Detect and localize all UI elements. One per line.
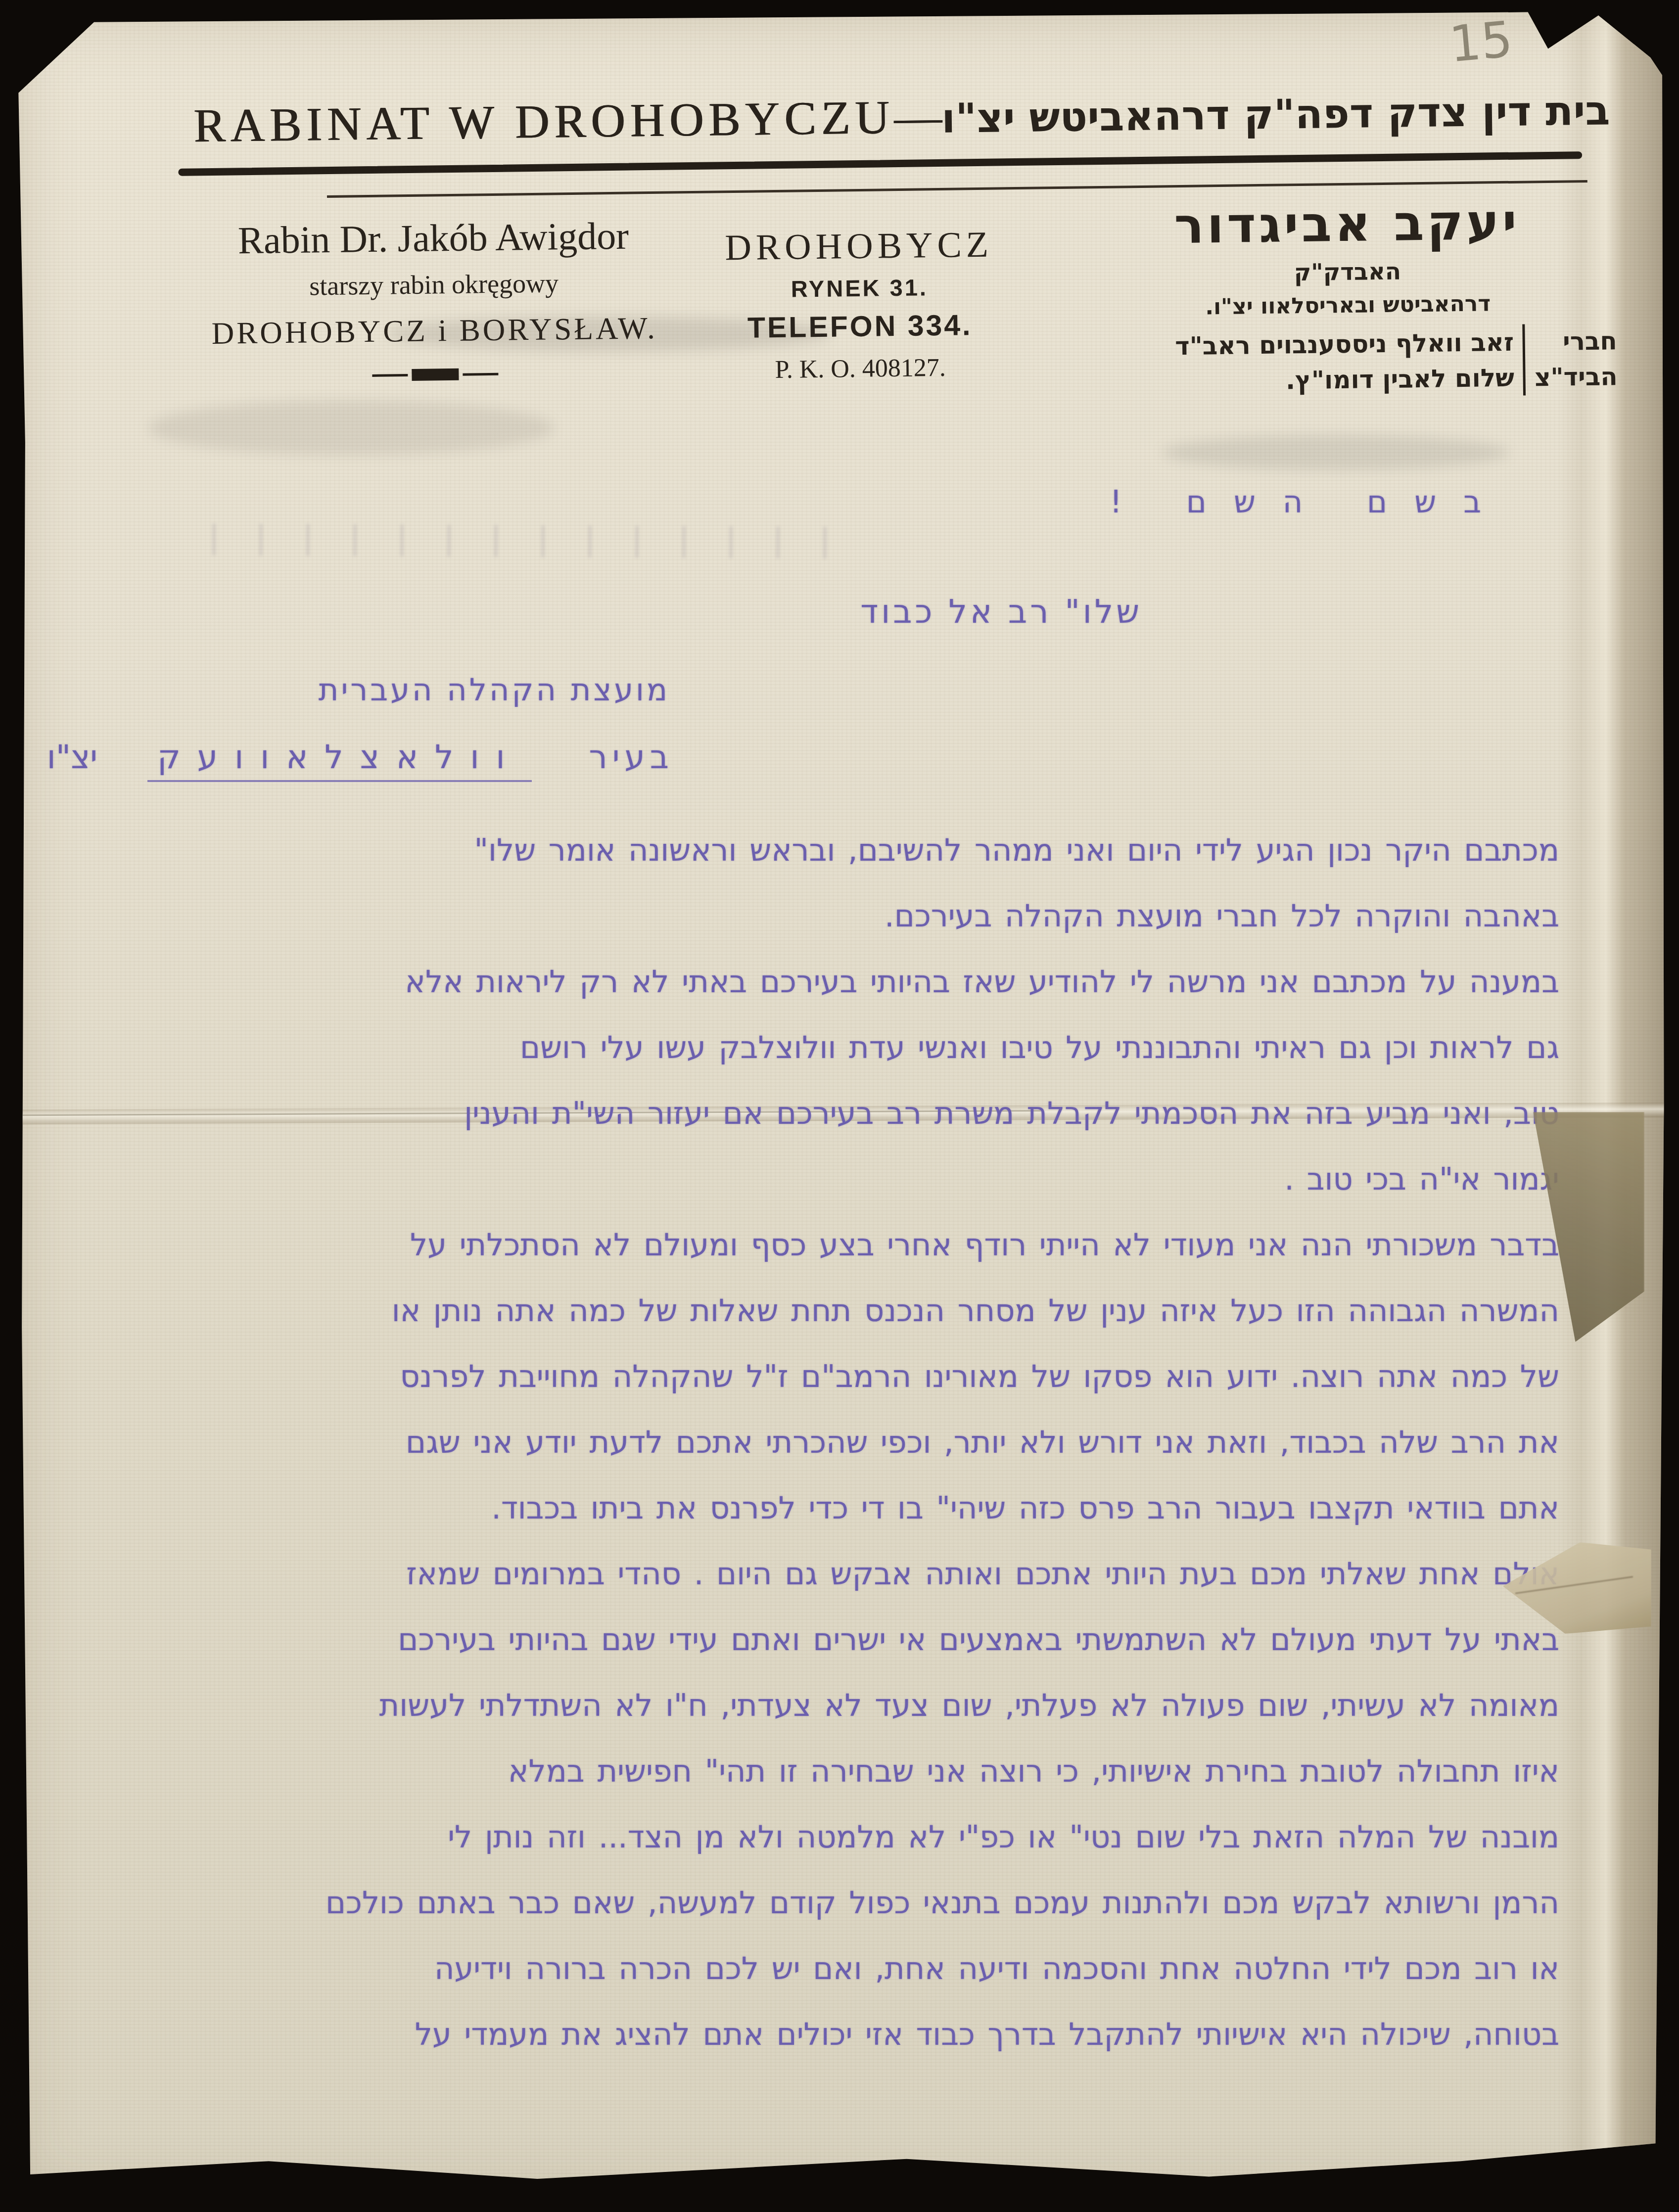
city-line: בעיר וולאצלאוועק יצ"ו bbox=[47, 738, 674, 776]
addressee-line: מועצת הקהלה העברית bbox=[319, 672, 670, 708]
typed-line: גם לראות וכן גם ראיתי והתבוננתי על טיבו … bbox=[58, 1014, 1559, 1080]
typed-line: אתם בוודאי תקצבו בעבור הרב פרס כזה שיהי"… bbox=[58, 1475, 1559, 1541]
typed-line: בטוחה, שיכולה היא אישיותי להתקבל בדרך כב… bbox=[58, 2001, 1559, 2067]
city-prefix: בעיר bbox=[589, 738, 674, 776]
typed-line: המשרה הגבוהה הזו כעל איזה ענין של מסחר ה… bbox=[58, 1278, 1559, 1343]
typed-line: מאומה לא עשיתי, שום פעולה לא פעלתי, שום … bbox=[58, 1672, 1559, 1738]
typed-line: במענה על מכתבם אני מרשה לי להודיע שאז בה… bbox=[58, 949, 1559, 1014]
typed-line: אולם אחת שאלתי מכם בעת היותי אתכם ואותה … bbox=[58, 1541, 1559, 1607]
typed-line: טוב, ואני מביע בזה את הסכמתי לקבלת משרת … bbox=[58, 1080, 1559, 1146]
invocation-line: בשם השם ! bbox=[1110, 484, 1508, 520]
typed-line: מובנה של המלה הזאת בלי שום נטי" או כפ"י … bbox=[58, 1804, 1559, 1870]
typed-line: של כמה אתה רוצה. ידוע הוא פסקו של מאורינ… bbox=[58, 1343, 1559, 1409]
typed-line: באתי על דעתי מעולם לא השתמשתי באמצעים אי… bbox=[58, 1607, 1559, 1672]
city-suffix: יצ"ו bbox=[47, 738, 97, 776]
typed-line: את הרב שלה בכבוד, וזאת אני דורש ולא יותר… bbox=[58, 1409, 1559, 1475]
salutation-line: שלו" רב אל כבוד bbox=[860, 593, 1142, 631]
typed-line: או רוב מכם לידי החלטה אחת והסכמה ודיעה א… bbox=[58, 1935, 1559, 2001]
typewritten-letter: בשם השם ! שלו" רב אל כבוד מועצת הקהלה הע… bbox=[0, 0, 1679, 2212]
typed-line: באהבה והוקרה לכל חברי מועצת הקהלה בעירכם… bbox=[58, 883, 1559, 949]
city-name-underlined: וולאצלאוועק bbox=[147, 738, 531, 782]
letter-body: מכתבם היקר נכון הגיע לידי היום ואני ממהר… bbox=[58, 817, 1559, 2067]
typed-line: איזו תחבולה לטובת בחירת אישיותי, כי רוצה… bbox=[58, 1738, 1559, 1804]
typed-line: הרמן ורשותא לבקש מכם ולהתנות עמכם בתנאי … bbox=[58, 1870, 1559, 1935]
paper-sheet: RABINAT W DROHOBYCZU — בית דין צדק דפה"ק… bbox=[0, 0, 1679, 2212]
typed-line: יגמור אי"ה בכי טוב . bbox=[58, 1146, 1559, 1212]
typed-line: בדבר משכורתי הנה אני מעודי לא הייתי רודף… bbox=[58, 1212, 1559, 1278]
scanned-letter-page: RABINAT W DROHOBYCZU — בית דין צדק דפה"ק… bbox=[0, 0, 1679, 2212]
typed-line: מכתבם היקר נכון הגיע לידי היום ואני ממהר… bbox=[58, 817, 1559, 883]
